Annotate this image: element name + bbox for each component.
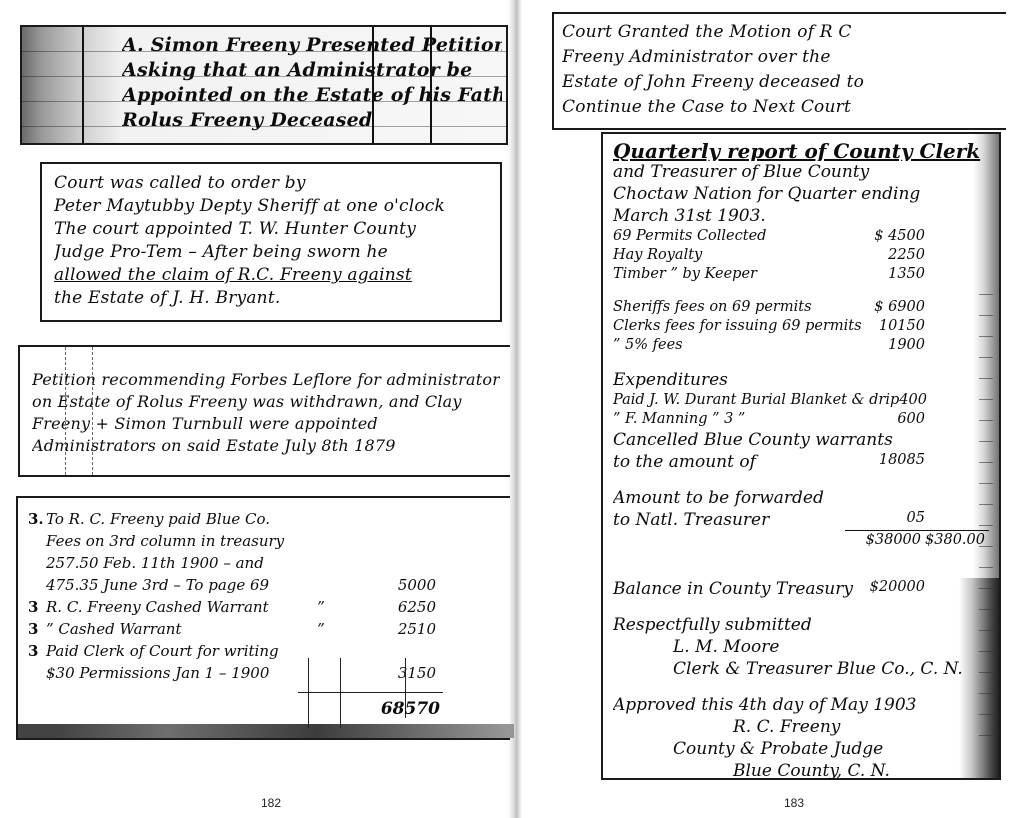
- handwritten-line: Administrators on said Estate July 8th 1…: [32, 435, 500, 457]
- balance-row: Balance in County Treasury $20000: [613, 578, 989, 600]
- cancelled-row: to the amount of 18085: [613, 451, 989, 473]
- handwritten-line: Asking that an Administrator be: [122, 58, 502, 83]
- subtotal-row: $38000 $380.00: [613, 531, 989, 550]
- receipt-row: 69 Permits Collected$ 4500: [613, 227, 989, 246]
- fee-row: Clerks fees for issuing 69 permits10150: [613, 317, 989, 336]
- handwritten-line: allowed the claim of R.C. Freeny against: [54, 264, 488, 287]
- handwritten-line: Petition recommending Forbes Leflore for…: [32, 369, 500, 391]
- report-heading-line: March 31st 1903.: [613, 205, 989, 227]
- ledger-row: $30 Permissions Jan 1 – 19003150: [28, 662, 500, 684]
- record-fragment-ledger: 3.To R. C. Freeny paid Blue Co.Fees on 3…: [16, 496, 510, 740]
- ledger-rule: [298, 692, 443, 693]
- ledger-row: 475.35 June 3rd – To page 695000: [28, 574, 500, 596]
- ledger-entry-ref: ”: [296, 618, 346, 640]
- ledger-entry-ref: [296, 574, 346, 596]
- ledger-rule: [65, 347, 67, 475]
- ledger-entry-amount: [346, 640, 436, 662]
- judge-location: Blue County, C. N.: [613, 760, 989, 782]
- fee-row-label: ” 5% fees: [613, 336, 845, 355]
- ledger-entry-ref: ”: [296, 596, 346, 618]
- ledger-entry-description: 257.50 Feb. 11th 1900 – and: [46, 552, 296, 574]
- receipt-row-value: 2250: [845, 246, 989, 265]
- judge-signature: R. C. Freeny: [613, 716, 989, 738]
- ledger-margin-ticks: [979, 274, 993, 748]
- handwritten-line: A. Simon Freeny Presented Petition: [122, 33, 502, 58]
- record-fragment-petition-recommending: Petition recommending Forbes Leflore for…: [18, 345, 510, 477]
- ledger-entry-ref: [296, 640, 346, 662]
- receipt-row: Hay Royalty2250: [613, 246, 989, 265]
- expenditure-row-label: Paid J. W. Durant Burial Blanket & drip: [613, 391, 899, 410]
- quarterly-report: Quarterly report of County Clerk and Tre…: [601, 132, 1001, 780]
- ledger-entry-ref: [296, 662, 346, 684]
- cancelled-label: to the amount of: [613, 451, 845, 473]
- handwritten-line: Judge Pro-Tem – After being sworn he: [54, 241, 488, 264]
- ledger-entry-number: [28, 574, 46, 596]
- ledger-entry-ref: [296, 552, 346, 574]
- ledger-entry-amount: 5000: [346, 574, 436, 596]
- ledger-entry-amount: 2510: [346, 618, 436, 640]
- cancelled-line: Cancelled Blue County warrants: [613, 429, 989, 451]
- ledger-entry-description: Fees on 3rd column in treasury: [46, 530, 296, 552]
- expenditure-row-label: ” F. Manning ” 3 ”: [613, 410, 845, 429]
- ledger-entry-number: 3.: [28, 508, 46, 530]
- book-spread: A. Simon Freeny Presented Petition Askin…: [0, 0, 1024, 818]
- record-fragment-petition-presented: A. Simon Freeny Presented Petition Askin…: [20, 25, 508, 145]
- ledger-entry-description: Paid Clerk of Court for writing: [46, 640, 296, 662]
- receipt-row-value: $ 4500: [845, 227, 989, 246]
- ledger-row: 3” Cashed Warrant”2510: [28, 618, 500, 640]
- fee-row-value: $ 6900: [845, 298, 989, 317]
- ledger-entry-amount: [346, 508, 436, 530]
- ledger-entry-description: ” Cashed Warrant: [46, 618, 296, 640]
- ledger-row: 3.To R. C. Freeny paid Blue Co.: [28, 508, 500, 530]
- receipt-row-value: 1350: [845, 265, 989, 284]
- ledger-entry-description: $30 Permissions Jan 1 – 1900: [46, 662, 296, 684]
- ledger-entry-description: R. C. Freeny Cashed Warrant: [46, 596, 296, 618]
- handwritten-line: Peter Maytubby Depty Sheriff at one o'cl…: [54, 195, 488, 218]
- forwarded-label: to Natl. Treasurer: [613, 509, 845, 531]
- page-number-left: 182: [261, 796, 281, 810]
- ledger-rule: [92, 347, 94, 475]
- ledger-row: 3Paid Clerk of Court for writing: [28, 640, 500, 662]
- approved-text: Approved this 4th day of May 1903: [613, 694, 989, 716]
- ledger-rule: [82, 27, 84, 143]
- fees-list: Sheriffs fees on 69 permits$ 6900Clerks …: [613, 298, 989, 355]
- ledger-entry-amount: 6250: [346, 596, 436, 618]
- fee-row-label: Clerks fees for issuing 69 permits: [613, 317, 862, 336]
- handwritten-line: the Estate of J. H. Bryant.: [54, 287, 488, 310]
- ledger-row: Fees on 3rd column in treasury: [28, 530, 500, 552]
- receipts-list: 69 Permits Collected$ 4500Hay Royalty225…: [613, 227, 989, 284]
- ledger-rule: [430, 27, 432, 143]
- ledger-entry-amount: [346, 530, 436, 552]
- ledger-entry-description: To R. C. Freeny paid Blue Co.: [46, 508, 296, 530]
- handwritten-line: Appointed on the Estate of his Father: [122, 83, 502, 108]
- expenditures-heading: Expenditures: [613, 369, 989, 391]
- ledger-row: 3R. C. Freeny Cashed Warrant”6250: [28, 596, 500, 618]
- ledger-rule: [340, 658, 341, 728]
- handwritten-line: Estate of John Freeny deceased to: [562, 70, 998, 95]
- handwritten-line: Freeny Administrator over the: [562, 45, 998, 70]
- handwritten-line: Rolus Freeny Deceased: [122, 108, 502, 133]
- clerk-signature: L. M. Moore: [613, 636, 989, 658]
- ledger-entry-number: [28, 530, 46, 552]
- ledger-rule: [372, 27, 374, 143]
- fee-row: Sheriffs fees on 69 permits$ 6900: [613, 298, 989, 317]
- forwarded-row: to Natl. Treasurer 05: [613, 509, 989, 531]
- expenditure-row: Paid J. W. Durant Burial Blanket & drip4…: [613, 391, 989, 410]
- fee-row-label: Sheriffs fees on 69 permits: [613, 298, 845, 317]
- handwritten-line: Freeny + Simon Turnbull were appointed: [32, 413, 500, 435]
- page-number-right: 183: [784, 796, 804, 810]
- judge-title: County & Probate Judge: [613, 738, 989, 760]
- ledger-total: 68570: [381, 698, 440, 720]
- record-fragment-court-called: Court was called to order by Peter Maytu…: [40, 162, 502, 322]
- report-title: Quarterly report of County Clerk: [613, 142, 989, 161]
- ledger-entry-ref: [296, 530, 346, 552]
- handwritten-line: on Estate of Rolus Freeny was withdrawn,…: [32, 391, 500, 413]
- record-fragment-motion: Court Granted the Motion of R C Freeny A…: [552, 12, 1006, 130]
- ledger-entry-number: [28, 552, 46, 574]
- ledger-entry-number: [28, 662, 46, 684]
- clerk-title: Clerk & Treasurer Blue Co., C. N.: [613, 658, 989, 680]
- fee-row: ” 5% fees1900: [613, 336, 989, 355]
- ledger-entry-description: 475.35 June 3rd – To page 69: [46, 574, 296, 596]
- forwarded-line: Amount to be forwarded: [613, 487, 989, 509]
- expenditure-row-value: 600: [845, 410, 989, 429]
- receipt-row-label: 69 Permits Collected: [613, 227, 845, 246]
- handwritten-line: Court Granted the Motion of R C: [562, 20, 998, 45]
- handwritten-line: Continue the Case to Next Court: [562, 95, 998, 120]
- cancelled-value: 18085: [845, 451, 989, 473]
- receipt-row-label: Hay Royalty: [613, 246, 845, 265]
- balance-label: Balance in County Treasury: [613, 578, 853, 600]
- handwritten-line: Court was called to order by: [54, 172, 488, 195]
- ledger-entry-ref: [296, 508, 346, 530]
- fee-row-value: 1900: [845, 336, 989, 355]
- book-gutter: [508, 0, 522, 818]
- ledger-rows: 3.To R. C. Freeny paid Blue Co.Fees on 3…: [28, 508, 500, 684]
- receipt-row: Timber ” by Keeper1350: [613, 265, 989, 284]
- ledger-rule: [308, 658, 309, 728]
- report-heading-line: and Treasurer of Blue County: [613, 161, 989, 183]
- torn-edge: [18, 724, 514, 738]
- ledger-entry-number: 3: [28, 596, 46, 618]
- ledger-entry-number: 3: [28, 640, 46, 662]
- handwritten-line: The court appointed T. W. Hunter County: [54, 218, 488, 241]
- expenditures-list: Paid J. W. Durant Burial Blanket & drip4…: [613, 391, 989, 429]
- forwarded-value: 05: [845, 509, 989, 531]
- ledger-entry-amount: 3150: [346, 662, 436, 684]
- ledger-entry-number: 3: [28, 618, 46, 640]
- ledger-row: 257.50 Feb. 11th 1900 – and: [28, 552, 500, 574]
- ledger-entry-amount: [346, 552, 436, 574]
- report-heading-line: Choctaw Nation for Quarter ending: [613, 183, 989, 205]
- receipt-row-label: Timber ” by Keeper: [613, 265, 845, 284]
- expenditure-row: ” F. Manning ” 3 ”600: [613, 410, 989, 429]
- submitted-text: Respectfully submitted: [613, 614, 989, 636]
- fee-row-value: 10150: [862, 317, 989, 336]
